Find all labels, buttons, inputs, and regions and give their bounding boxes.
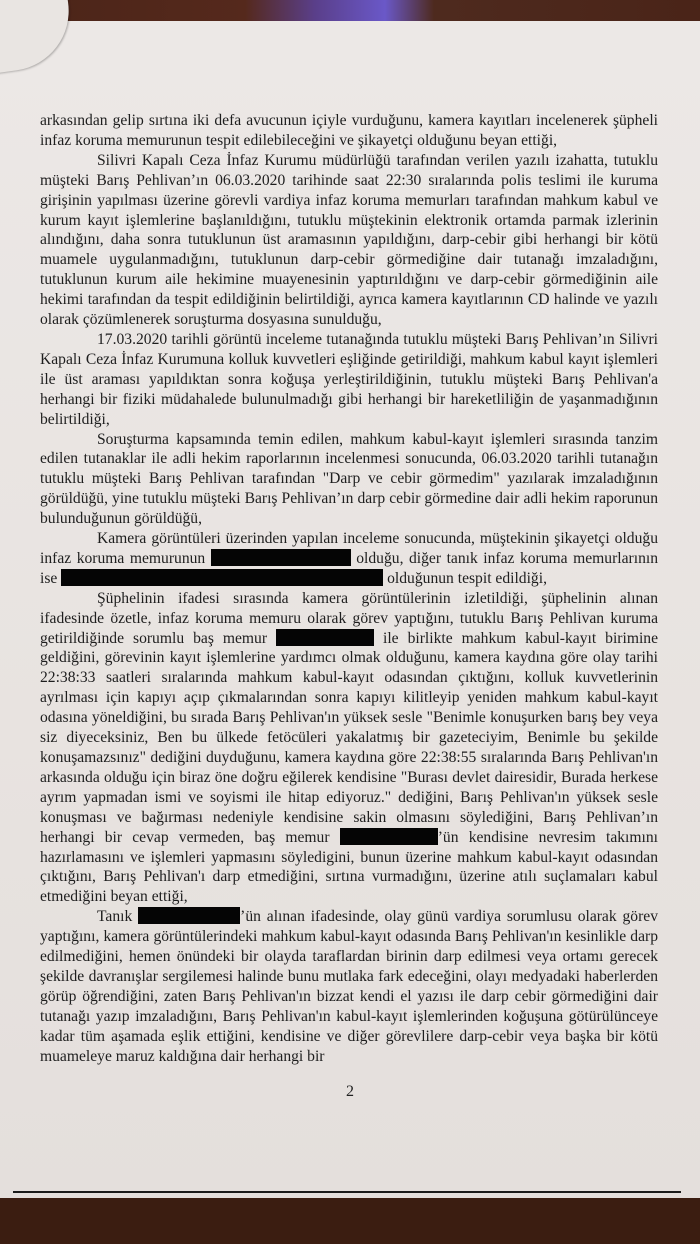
redaction-block — [138, 907, 240, 924]
redaction-block — [340, 828, 438, 845]
redaction-block — [276, 629, 374, 646]
document-page: arkasından gelip sırtına iki defa avucun… — [0, 21, 700, 1199]
background-bottom — [0, 1198, 700, 1244]
paragraph: Silivri Kapalı Ceza İnfaz Kurumu müdürlü… — [40, 151, 658, 330]
footer-divider — [13, 1191, 681, 1193]
paragraph: Soruşturma kapsamında temin edilen, mahk… — [40, 430, 658, 530]
page-number: 2 — [0, 1083, 700, 1101]
paragraph: Tanık ’ün alınan ifadesinde, olay günü v… — [40, 907, 658, 1066]
paragraph: 17.03.2020 tarihli görüntü inceleme tuta… — [40, 330, 658, 430]
paragraph: Şüphelinin ifadesi sırasında kamera görü… — [40, 589, 658, 908]
document-body: arkasından gelip sırtına iki defa avucun… — [40, 111, 658, 1067]
redaction-block — [211, 549, 351, 566]
paragraph: arkasından gelip sırtına iki defa avucun… — [40, 111, 658, 151]
redaction-block — [61, 569, 383, 586]
paragraph: Kamera görüntüleri üzerinden yapılan inc… — [40, 529, 658, 589]
